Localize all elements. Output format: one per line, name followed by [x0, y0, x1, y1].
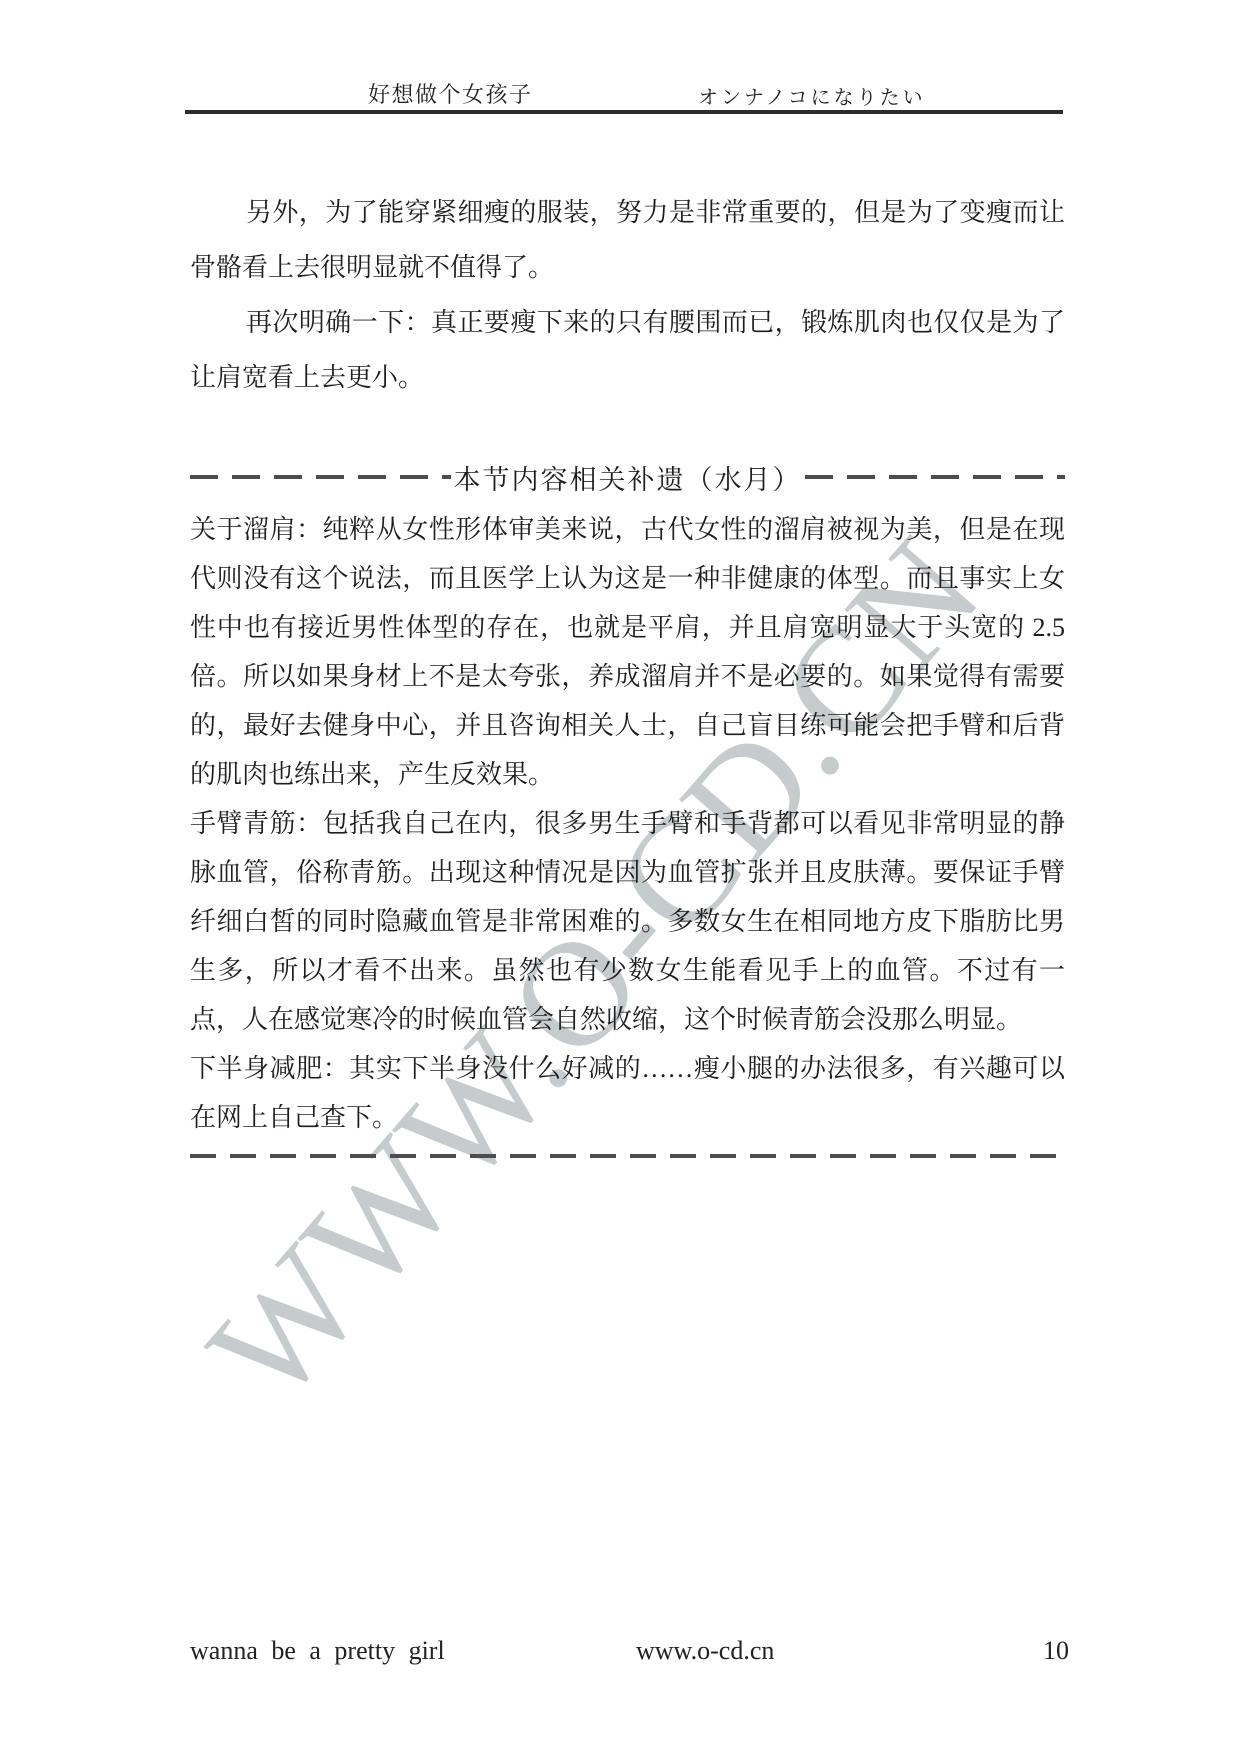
closing-dash-line — [190, 1154, 1065, 1158]
footer-book-title: wanna be a pretty girl — [190, 1636, 445, 1666]
page-body: 另外，为了能穿紧细瘦的服装，努力是非常重要的，但是为了变瘦而让骨骼看上去很明显就… — [190, 185, 1065, 1158]
section-divider: 本节内容相关补遗（水月） — [190, 449, 1065, 505]
document-page: 好想做个女孩子 オンナノコになりたい WWW.O-CD.CN 另外，为了能穿紧细… — [0, 0, 1241, 1755]
footer-page-number: 10 — [1043, 1636, 1069, 1666]
header-title-japanese: オンナノコになりたい — [698, 81, 926, 110]
paragraph: 再次明确一下：真正要瘦下来的只有腰围而已，锻炼肌肉也仅仅是为了让肩宽看上去更小。 — [190, 295, 1065, 405]
divider-dash-left — [190, 475, 451, 479]
paragraph: 另外，为了能穿紧细瘦的服装，努力是非常重要的，但是为了变瘦而让骨骼看上去很明显就… — [190, 185, 1065, 295]
divider-dash-right — [805, 475, 1066, 479]
section-divider-label: 本节内容相关补遗（水月） — [451, 458, 805, 497]
footer-site-url: www.o-cd.cn — [636, 1636, 774, 1666]
supplement-note: 手臂青筋：包括我自己在内，很多男生手臂和手背都可以看见非常明显的静脉血管，俗称青… — [190, 799, 1065, 1044]
header-rule — [185, 110, 1063, 114]
supplement-note: 关于溜肩：纯粹从女性形体审美来说，古代女性的溜肩被视为美，但是在现代则没有这个说… — [190, 505, 1065, 799]
supplement-note: 下半身减肥：其实下半身没什么好减的……瘦小腿的办法很多，有兴趣可以在网上自己查下… — [190, 1044, 1065, 1142]
header-title-chinese: 好想做个女孩子 — [368, 78, 533, 109]
